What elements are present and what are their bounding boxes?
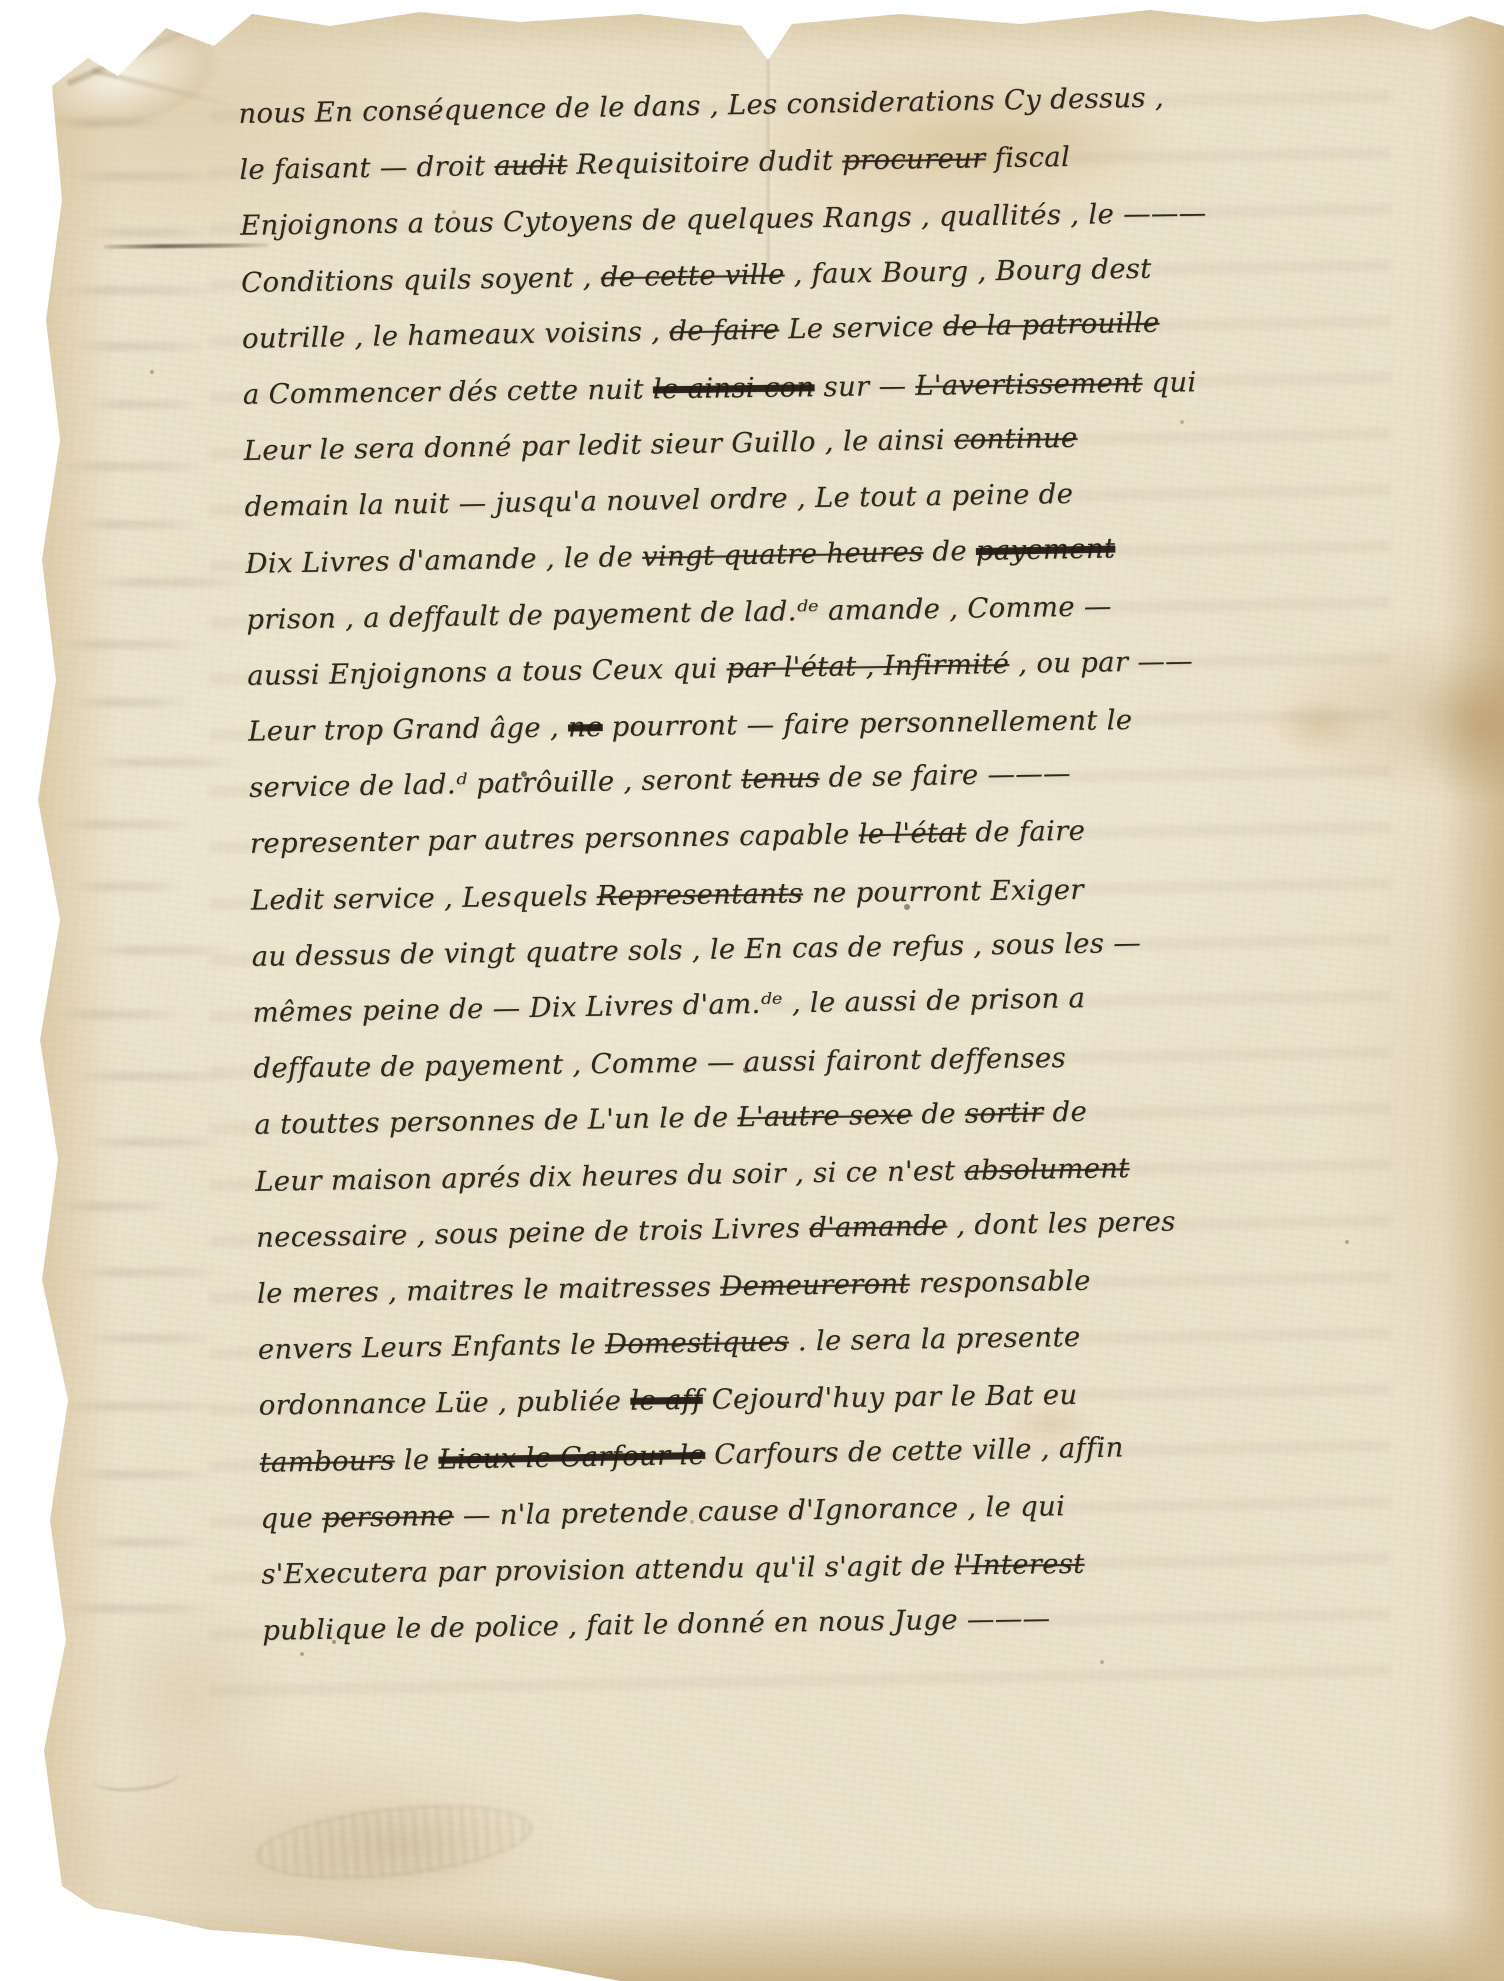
handwritten-text: Requisitoire dudit (567, 145, 842, 181)
struck-text: de faire (669, 313, 779, 347)
ghost-stroke (58, 1202, 174, 1211)
handwritten-text: necessaire , sous peine de trois Livres (256, 1212, 810, 1254)
ghost-stroke (86, 228, 210, 237)
ghost-stroke (72, 520, 201, 529)
struck-text: le l'état (858, 817, 966, 851)
ghost-stroke (86, 1538, 207, 1547)
handwritten-text: le (394, 1443, 438, 1476)
struck-text: L'avertissement (915, 367, 1143, 402)
handwritten-text: demain la nuit — jusqu'a nouvel ordre , … (244, 478, 1073, 523)
handwritten-text: . le sera la presente (788, 1321, 1080, 1358)
struck-text: procureur (842, 142, 986, 176)
struck-text: Lieux le Carfour le (438, 1438, 705, 1475)
manuscript-text: nous En conséquence de le dans , Les con… (238, 71, 1228, 1659)
struck-text: l'Interest (954, 1548, 1084, 1582)
struck-text: ne (568, 711, 603, 743)
handwritten-text: de (923, 534, 976, 567)
struck-text: personne (322, 1499, 454, 1533)
handwritten-text: mêmes peine de — Dix Livres d'am.ᵈᵉ , le… (252, 982, 1085, 1029)
handwritten-text: le faisant — droit (239, 150, 495, 186)
handwritten-text: de (1043, 1096, 1087, 1129)
handwritten-text: Dix Livres d'amande , le de (245, 540, 642, 579)
handwritten-text: , faux Bourg , Bourg dest (784, 252, 1151, 290)
handwritten-text: aussi Enjoignons a tous Ceux qui (247, 652, 727, 692)
stamp-bleedthrough (252, 1794, 536, 1891)
ghost-stroke (72, 342, 210, 351)
struck-text: Demeureront (720, 1268, 910, 1303)
fold-line (67, 8, 234, 87)
handwritten-text: au dessus de vingt quatre sols , le En c… (251, 927, 1141, 973)
ghost-stroke (86, 400, 201, 409)
struck-text: le ainsi con (653, 371, 815, 405)
ghost-stroke (58, 1604, 216, 1613)
handwritten-text: s'Executera par provision attendu qu'il … (261, 1549, 955, 1590)
handwritten-text: deffaute de payement , Comme — aussi fai… (253, 1042, 1066, 1085)
ghost-stroke (58, 1010, 183, 1019)
handwritten-text: a Commencer dés cette nuit (243, 373, 653, 410)
handwritten-text: Leur maison aprés dix heures du soir , s… (255, 1154, 965, 1197)
handwritten-text: le meres , maitres le maitresses (257, 1271, 721, 1310)
handwritten-text: pourront — faire personnellement le (602, 704, 1132, 743)
ghost-stroke (58, 640, 201, 649)
ghost-stroke (72, 1268, 225, 1277)
struck-text: de la patrouille (943, 306, 1160, 342)
handwritten-text: envers Leurs Enfants le (258, 1329, 605, 1366)
ghost-stroke (58, 462, 210, 471)
handwritten-text: de faire (966, 815, 1085, 849)
struck-text: par l'état , Infirmité (726, 648, 1009, 684)
struck-text: sortir (965, 1097, 1044, 1130)
struck-text: le aff (630, 1384, 703, 1417)
handwritten-text: Leur trop Grand âge , (248, 712, 568, 748)
handwritten-text: service de lad.ᵈ patrôuille , seront (249, 763, 742, 804)
ghost-stroke (58, 820, 192, 829)
handwritten-text: outrille , le hameaux voisins , (242, 315, 670, 355)
handwritten-text: publique le de police , fait le donné en… (262, 1602, 1051, 1646)
struck-text: continue (954, 422, 1078, 456)
ghost-stroke (58, 118, 168, 127)
ghost-stroke (72, 172, 219, 181)
handwritten-text: que (260, 1502, 322, 1535)
handwritten-text: representer par autres personnes capable (250, 819, 859, 861)
handwritten-text: Leur le sera donné par ledit sieur Guill… (243, 424, 954, 467)
struck-text: Representants (596, 877, 803, 912)
manuscript-page: nous En conséquence de le dans , Les con… (0, 0, 1504, 1981)
handwritten-text: fiscal (985, 141, 1070, 174)
ghost-stroke (72, 1470, 216, 1479)
struck-text: L'autre sexe (737, 1099, 912, 1134)
handwritten-text: qui (1142, 366, 1196, 399)
struck-text: de cette ville (600, 258, 784, 293)
ghost-stroke (86, 1138, 225, 1147)
struck-text: tenus (741, 762, 820, 795)
handwritten-text: de se faire ——— (819, 758, 1071, 794)
handwritten-text: — n'la pretende cause d'Ignorance , le q… (454, 1490, 1066, 1532)
struck-text: payement (976, 532, 1116, 566)
stain (1400, 640, 1504, 820)
handwritten-text: Conditions quils soyent , (241, 261, 601, 299)
handwritten-text: prison , a deffault de payement de lad.ᵈ… (246, 590, 1112, 636)
handwritten-text: Enjoignons a tous Cytoyens de quelques R… (240, 197, 1207, 242)
foxing-spots (0, 0, 4, 4)
pencil-mark (90, 1756, 179, 1797)
handwritten-text: Cejourd'huy par le Bat eu (702, 1379, 1077, 1416)
struck-text: Domestiques (605, 1326, 789, 1361)
handwritten-text: sur — (814, 370, 915, 403)
handwritten-text: Le service (779, 310, 943, 345)
handwritten-text: Carfours de cette ville , affin (705, 1431, 1124, 1470)
handwritten-text: a touttes personnes de L'un le de (254, 1102, 738, 1142)
ghost-stroke (58, 286, 219, 295)
handwritten-text: , dont les peres (947, 1205, 1176, 1241)
scan-background: { "colors":{ "scan_background":"#ffffff"… (0, 0, 1504, 1981)
ghost-stroke (72, 882, 183, 891)
struck-text: audit (494, 149, 568, 182)
struck-text: absolument (964, 1152, 1130, 1187)
handwritten-text: de (912, 1098, 965, 1131)
handwritten-text: Ledit service , Lesquels (251, 880, 597, 917)
ghost-stroke (58, 1402, 225, 1411)
struck-text: tambours (259, 1444, 395, 1478)
handwritten-text: nous En conséquence de le dans , Les con… (238, 82, 1164, 130)
handwritten-text: ne pourront Exiger (803, 873, 1084, 909)
handwritten-text: , ou par —— (1009, 645, 1193, 680)
handwritten-text: ordonnance Lüe , publiée (259, 1385, 631, 1422)
ghost-stroke (72, 698, 192, 707)
struck-text: d'amande (809, 1209, 948, 1243)
handwritten-text: responsable (910, 1265, 1091, 1300)
struck-text: vingt quatre heures (642, 535, 924, 572)
ghost-stroke (86, 1334, 216, 1343)
